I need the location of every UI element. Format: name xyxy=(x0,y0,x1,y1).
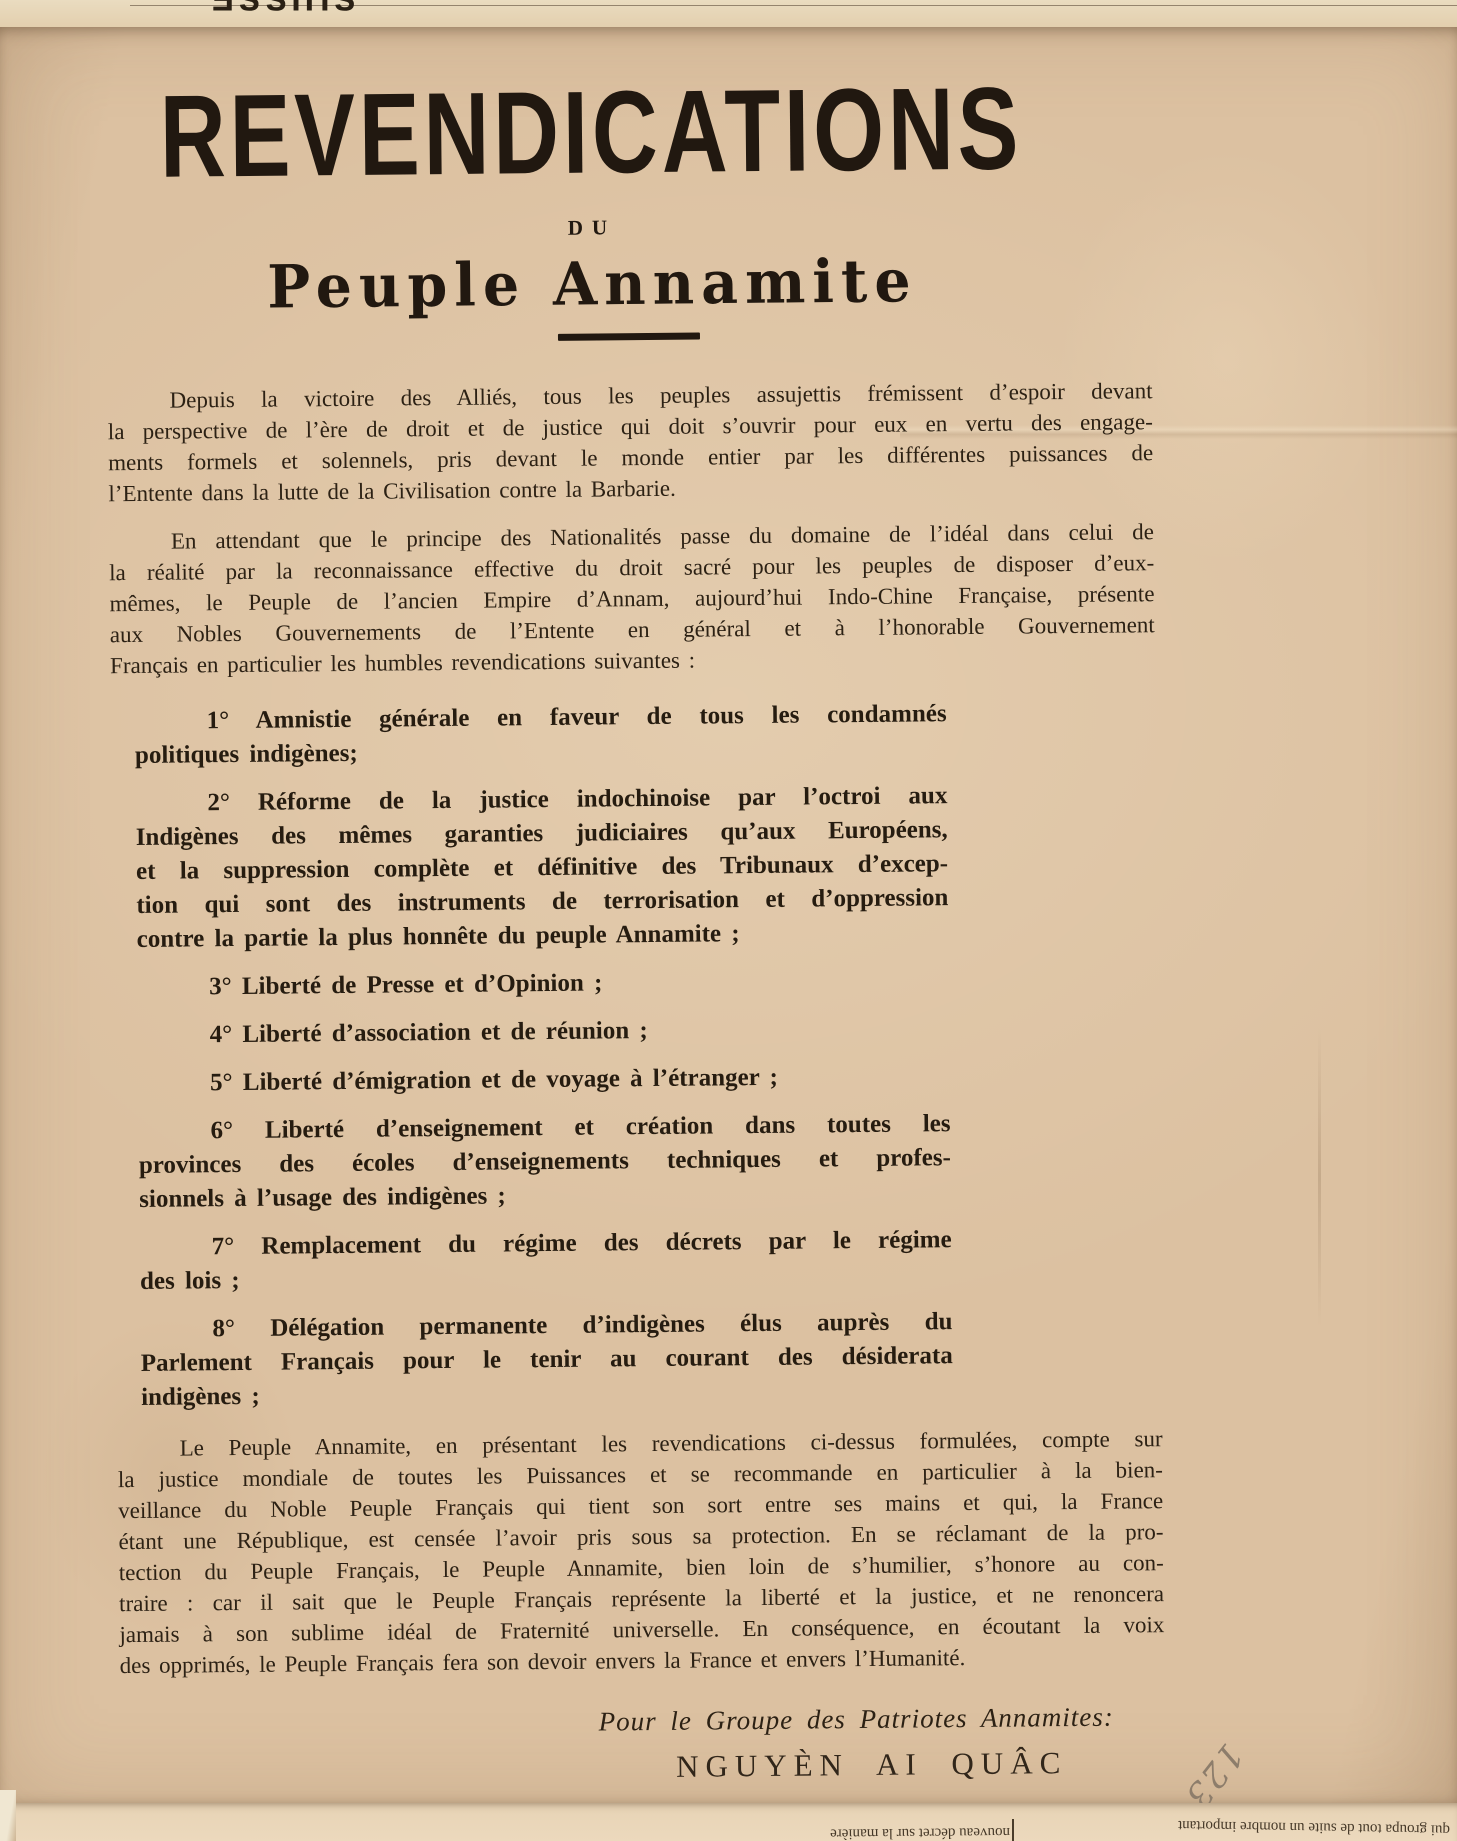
paper-crease-vertical xyxy=(1318,1027,1321,1327)
intro-paragraph-2: En attendant que le principe des Nationa… xyxy=(109,516,1155,681)
text-line: contre la partie la plus honnête du peup… xyxy=(137,915,949,957)
demand-item-4: 4° Liberté d’association et de réunion ; xyxy=(137,1011,949,1053)
demand-item-1: 1° Amnistie générale en faveur de tous l… xyxy=(134,697,947,773)
text-line: 5° Liberté d’émigration et de voyage à l… xyxy=(138,1059,950,1101)
demand-item-6: 6° Liberté d’enseignement et création da… xyxy=(138,1107,951,1217)
newspaper-column-rule xyxy=(1012,1819,1014,1841)
intro-paragraph-1: Depuis la victoire des Alliés, tous les … xyxy=(107,375,1153,509)
text-line: 4° Liberté d’association et de réunion ; xyxy=(137,1011,949,1053)
bottom-edge-strip: qui groupa tout de suite un nombre impor… xyxy=(0,1803,1457,1841)
document-sheet: REVENDICATIONS DU Peuple Annamite Depuis… xyxy=(0,27,1457,1803)
text-line: politiques indigènes; xyxy=(135,731,947,773)
top-edge-strip: SUISSE xyxy=(0,0,1457,27)
signature-name: NGUYÈN AI QUÂC xyxy=(17,1744,1197,1791)
document-content: REVENDICATIONS DU Peuple Annamite Depuis… xyxy=(0,27,1197,1791)
text-line: sionnels à l’usage des indigènes ; xyxy=(139,1175,951,1217)
demand-item-7: 7° Remplacement du régime des décrets pa… xyxy=(140,1223,953,1299)
page-title: REVENDICATIONS xyxy=(30,70,1152,198)
underlying-page-corner xyxy=(0,1790,16,1841)
text-line: 3° Liberté de Presse et d’Opinion ; xyxy=(137,963,949,1005)
demand-item-5: 5° Liberté d’émigration et de voyage à l… xyxy=(138,1059,950,1101)
demand-item-8: 8° Délégation permanente d’indigènes élu… xyxy=(140,1305,953,1415)
signature-for-line: Pour le Groupe des Patriotes Annamites: xyxy=(16,1701,1196,1743)
demand-item-2: 2° Réforme de la justice indochinoise pa… xyxy=(135,779,949,957)
title-connector: DU xyxy=(2,210,1182,246)
closing-paragraph: Le Peuple Annamite, en présentant les re… xyxy=(117,1423,1164,1681)
demand-item-3: 3° Liberté de Presse et d’Opinion ; xyxy=(137,963,949,1005)
title-rule-divider xyxy=(558,333,700,341)
page-subtitle: Peuple Annamite xyxy=(2,244,1183,325)
flipped-suisse-text: SUISSE xyxy=(186,0,356,17)
demands-list: 1° Amnistie générale en faveur de tous l… xyxy=(134,697,953,1415)
flipped-text-fragment-left: nouveau décret sur la manière xyxy=(560,1823,1010,1841)
flipped-text-fragment-right: qui groupa tout de suite un nombre impor… xyxy=(1020,1813,1450,1838)
scan-stage: SUISSE REVENDICATIONS DU Peuple Annamite… xyxy=(0,0,1457,1841)
